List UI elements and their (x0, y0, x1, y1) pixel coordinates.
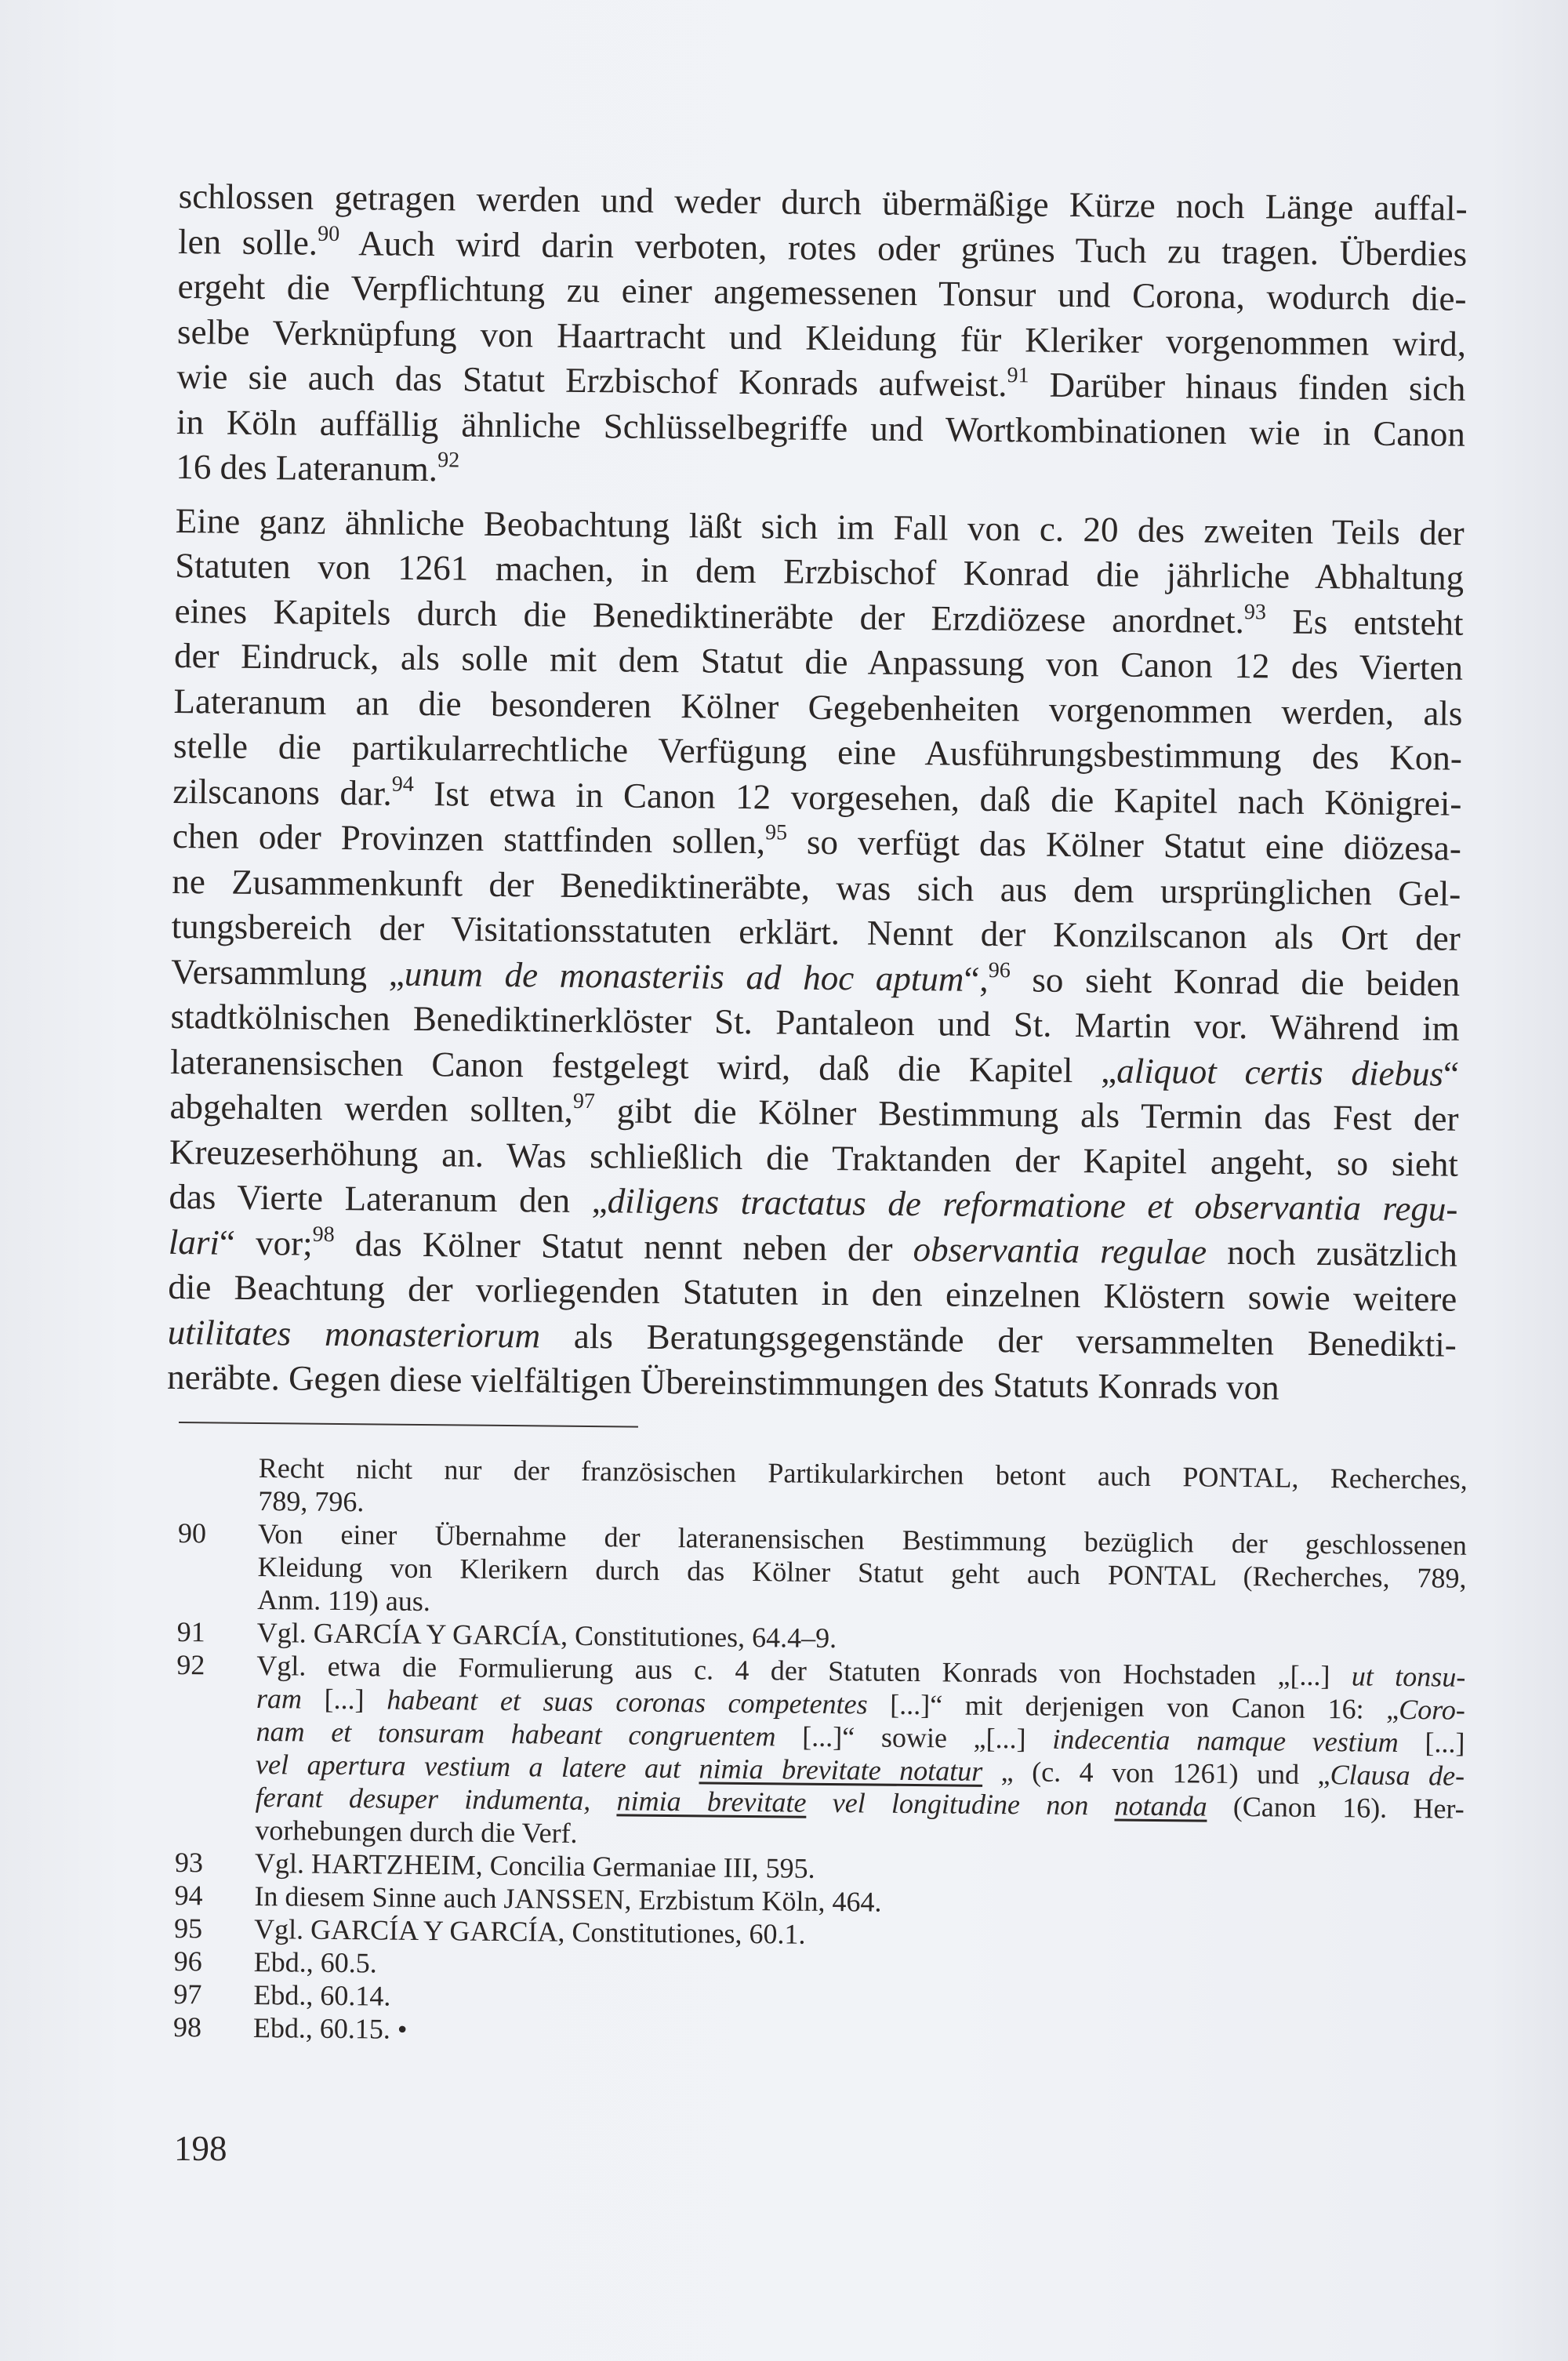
text-run: Ist etwa in Canon 12 vorgesehen, daß die… (413, 773, 1461, 823)
body-text: schlossen getragen werden und weder durc… (167, 174, 1468, 1412)
footnote-continuation: Recht nicht nur der französischen Partik… (178, 1451, 1468, 1529)
footnote-reference: 96 (989, 957, 1011, 982)
footnote-reference: 98 (313, 1222, 335, 1246)
footnote-number: 94 (174, 1879, 254, 1912)
text-run: 789, 796. (258, 1485, 364, 1517)
footnote-reference: 93 (1244, 600, 1266, 624)
italic-latin-quote: aliquot certis diebus (1116, 1051, 1443, 1093)
text-run: Vgl. HARTZHEIM, Concilia Germaniae III, … (255, 1847, 815, 1884)
footnote-90: 90Von einer Übernahme der lateranensisch… (177, 1516, 1467, 1628)
italic-latin-quote: ram (256, 1683, 302, 1715)
book-page: schlossen getragen werden und weder durc… (0, 0, 1568, 2361)
text-run: so sieht Konrad die beiden (1010, 960, 1460, 1004)
footnote-separator-rule (179, 1422, 638, 1428)
italic-latin-quote: nam et tonsuram habeant congruentem (256, 1716, 775, 1752)
text-run: Ebd., 60.15. • (253, 2012, 408, 2045)
text-run: Versammlung „ (171, 951, 405, 993)
paragraph: Eine ganz ähnliche Beobachtung läßt sich… (167, 498, 1465, 1412)
italic-latin-quote: diligens tractatus de reformatione et ob… (607, 1181, 1457, 1228)
text-run: chen oder Provinzen stattfinden sollen, (172, 816, 766, 861)
footnote-reference: 97 (573, 1089, 595, 1113)
text-run: “ vor; (220, 1222, 313, 1262)
underlined-emphasis: nimia brevitate notatur (699, 1753, 982, 1786)
footnote-number: 97 (173, 1978, 253, 2011)
footnote-text: Recht nicht nur der französischen Partik… (258, 1451, 1468, 1529)
italic-latin-quote: observantia regulae (913, 1230, 1207, 1272)
footnote-reference: 95 (765, 820, 787, 845)
text-run: gibt die Kölner Bestimmung als Termin da… (595, 1091, 1459, 1139)
footnote-reference: 94 (392, 772, 414, 796)
text-run: neräbte. Gegen diese vielfältigen Überei… (167, 1357, 1279, 1408)
footnote-reference: 90 (318, 221, 339, 245)
footnote-number (179, 1451, 259, 1451)
footnote-number: 96 (174, 1945, 254, 1978)
footnote-text: Von einer Übernahme der lateranensischen… (257, 1517, 1467, 1628)
text-run: [...] (1399, 1727, 1465, 1759)
text-run: Anm. 119) aus. (257, 1584, 430, 1617)
footnote-number: 98 (173, 2010, 253, 2044)
text-run: so verfügt das Kölner Statut eine diözes… (787, 822, 1461, 867)
text-run: “, (964, 959, 989, 998)
page-number: 198 (174, 2129, 227, 2168)
italic-latin-quote: vel longitudine non (806, 1787, 1115, 1822)
footnote-number: 91 (177, 1615, 257, 1649)
text-run: Auch wird darin verboten, rotes oder grü… (339, 223, 1468, 273)
text-run: abgehalten werden sollten, (169, 1087, 573, 1130)
text-run: das Vierte Lateranum den „ (169, 1177, 608, 1220)
footnote-text: Vgl. etwa die Formulierung aus c. 4 der … (255, 1649, 1465, 1858)
text-run: noch zusätzlich (1207, 1232, 1457, 1273)
italic-latin-quote: ferant desuper indumenta, (256, 1782, 617, 1816)
italic-latin-quote: unum de monasteriis ad hoc aptum (405, 953, 964, 998)
footnote-number: 90 (178, 1516, 258, 1550)
text-run: “ (1443, 1054, 1459, 1093)
footnote-number: 93 (175, 1846, 255, 1880)
text-run: Vgl. GARCÍA Y GARCÍA, Constitutiones, 60… (254, 1913, 806, 1950)
text-run: [...]“ sowie „[...] (775, 1720, 1052, 1754)
footnote-reference: 91 (1007, 363, 1029, 387)
text-run: Es entsteht (1266, 601, 1464, 642)
text-run: das Kölner Statut nennt neben der (334, 1223, 913, 1268)
text-run: als Beratungsgegenstände der versammelte… (540, 1316, 1457, 1364)
text-run: lateranensischen Canon festgelegt wird, … (170, 1041, 1117, 1090)
text-run: [...]“ mit derjenigen von Canon 16: „ (867, 1688, 1399, 1725)
italic-latin-quote: lari (169, 1222, 220, 1262)
paragraph: schlossen getragen werden und weder durc… (176, 174, 1468, 502)
italic-latin-quote: Coro- (1399, 1694, 1465, 1726)
text-run: [...] (302, 1684, 387, 1716)
text-run: eines Kapitels durch die Benediktineräbt… (174, 590, 1244, 640)
italic-latin-quote: ut tonsu- (1352, 1660, 1466, 1692)
underlined-emphasis: nimia brevitate (616, 1785, 806, 1818)
text-run: zilscanons dar. (172, 771, 392, 812)
italic-latin-quote: utilitates monasteriorum (168, 1312, 541, 1355)
text-run: In diesem Sinne auch JANSSEN, Erzbistum … (254, 1880, 881, 1918)
italic-latin-quote: vel apertura vestium a latere aut (256, 1749, 699, 1784)
footnote-number: 92 (176, 1648, 256, 1682)
text-run: Ebd., 60.14. (253, 1979, 390, 2012)
text-run: (Canon 16). Her- (1207, 1791, 1464, 1825)
text-run: vorhebungen durch die Verf. (255, 1814, 578, 1849)
text-run: wie sie auch das Statut Erzbischof Konra… (176, 357, 1007, 404)
text-run: Darüber hinaus finden sich (1029, 365, 1465, 408)
footnote-number: 95 (174, 1912, 254, 1945)
footnote-92: 92Vgl. etwa die Formulierung aus c. 4 de… (175, 1648, 1465, 1858)
text-run: „ (c. 4 von 1261) und „ (982, 1756, 1330, 1790)
text-run: Ebd., 60.5. (254, 1946, 377, 1979)
italic-latin-quote: habeant et suas coronas competentes (387, 1684, 868, 1720)
footnotes: Recht nicht nur der französischen Partik… (173, 1451, 1468, 2056)
text-run: len solle. (178, 221, 318, 262)
underlined-emphasis: notanda (1114, 1789, 1207, 1822)
footnote-reference: 92 (437, 448, 459, 472)
italic-latin-quote: Clausa de- (1330, 1759, 1465, 1792)
text-run: 16 des Lateranum. (176, 447, 437, 489)
italic-latin-quote: indecentia namque vestium (1052, 1724, 1399, 1758)
text-run: Vgl. GARCÍA Y GARCÍA, Constitutiones, 64… (257, 1617, 837, 1654)
